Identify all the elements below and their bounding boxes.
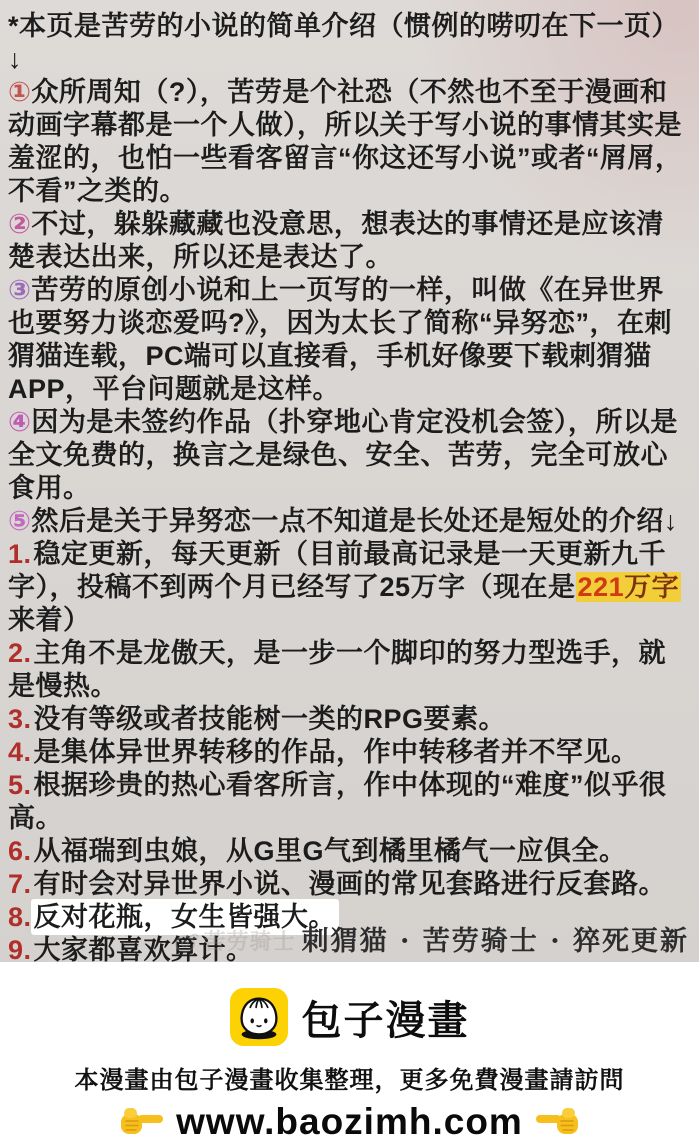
list-number: 1. [8,539,32,569]
list-item-6-text: 从福瑞到虫娘，从G里G气到橘里橘气一应俱全。 [34,836,627,866]
list-item-4: 4.是集体异世界转移的作品，作中转移者并不罕见。 [8,736,691,769]
paragraph-1-text: 众所周知（?），苦劳是个社恐（不然也不至于漫画和动画字幕都是一个人做），所以关于… [8,77,683,206]
paragraph-3-text: 苦劳的原创小说和上一页写的一样，叫做《在异世界也要努力谈恋爱吗?》，因为太长了简… [8,275,672,404]
list-item-1-text: 稳定更新，每天更新（目前最高记录是一天更新九千字），投稿不到两个月已经写了25万… [8,539,666,602]
list-item-2-text: 主角不是龙傲天，是一步一个脚印的努力型选手，就是慢热。 [8,638,666,701]
list-item-4-text: 是集体异世界转移的作品，作中转移者并不罕见。 [34,737,639,767]
list-item-1-tail: 来着） [8,605,91,635]
circled-number-5: ⑤ [8,506,31,536]
circled-number-4: ④ [8,407,31,437]
list-number: 8. [8,902,32,932]
list-number: 3. [8,704,32,734]
yellow-highlight: 221万字 [576,572,682,602]
list-number: 5. [8,770,32,800]
list-item-6: 6.从福瑞到虫娘，从G里G气到橘里橘气一应俱全。 [8,835,691,868]
footer-notice: 本漫畫由包子漫畫收集整理，更多免費漫畫請訪問 [75,1060,625,1095]
paragraph-1: ①众所周知（?），苦劳是个社恐（不然也不至于漫画和动画字幕都是一个人做），所以关… [8,76,691,208]
list-item-7: 7.有时会对异世界小说、漫画的常见套路进行反套路。 [8,868,691,901]
list-item-5: 5.根据珍贵的热心看客所言，作中体现的“难度”似乎很高。 [8,769,691,835]
paragraph-5: ⑤然后是关于异努恋一点不知道是长处还是短处的介绍↓ [8,505,691,538]
pointing-left-hand-icon [535,1107,579,1137]
weibo-eye-icon [174,930,200,954]
list-item-1: 1.稳定更新，每天更新（目前最高记录是一天更新九千字），投稿不到两个月已经写了2… [8,538,691,637]
circled-number-3: ③ [8,275,31,305]
list-item-7-text: 有时会对异世界小说、漫画的常见套路进行反套路。 [34,869,667,899]
paragraph-2-text: 不过，躲躲藏藏也没意思，想表达的事情还是应该清楚表达出来，所以还是表达了。 [8,209,664,272]
author-signature-row: 苦劳骑士 刺猬猫 · 苦劳骑士 · 猝死更新 [174,925,689,958]
manga-credits-page: *本页是苦劳的小说的简单介绍（惯例的唠叨在下一页）↓ ①众所周知（?），苦劳是个… [0,0,699,1145]
list-item-5-text: 根据珍贵的热心看客所言，作中体现的“难度”似乎很高。 [8,770,667,833]
site-url[interactable]: www.baozimh.com [176,1101,523,1143]
brand-row: 包子漫畫 [230,988,470,1046]
paragraph-3: ③苦劳的原创小说和上一页写的一样，叫做《在异世界也要努力谈恋爱吗?》，因为太长了… [8,274,691,406]
paragraph-2: ②不过，躲躲藏藏也没意思，想表达的事情还是应该清楚表达出来，所以还是表达了。 [8,208,691,274]
watermark-text: 苦劳骑士 [204,925,296,958]
circled-number-1: ① [8,77,31,107]
highlight-suffix: 万字 [624,572,679,602]
weibo-watermark: 苦劳骑士 [174,925,296,958]
baozi-bun-logo-icon [230,988,288,1046]
pointing-right-hand-icon [120,1107,164,1137]
paragraph-4: ④因为是未签约作品（扑穿地心肯定没机会签），所以是全文免费的，换言之是绿色、安全… [8,406,691,505]
site-url-row[interactable]: www.baozimh.com [120,1101,579,1143]
list-item-3: 3.没有等级或者技能树一类的RPG要素。 [8,703,691,736]
baozimh-footer: 包子漫畫 本漫畫由包子漫畫收集整理，更多免費漫畫請訪問 www.baozimh.… [0,962,699,1145]
highlight-number: 221 [578,572,625,602]
list-number: 7. [8,869,32,899]
brand-name: 包子漫畫 [302,989,470,1046]
intro-line: *本页是苦劳的小说的简单介绍（惯例的唠叨在下一页）↓ [8,10,691,76]
paragraph-5-text: 然后是关于异努恋一点不知道是长处还是短处的介绍↓ [31,506,678,536]
list-number: 2. [8,638,32,668]
list-number: 4. [8,737,32,767]
circled-number-2: ② [8,209,31,239]
list-item-2: 2.主角不是龙傲天，是一步一个脚印的努力型选手，就是慢热。 [8,637,691,703]
comic-scan-area: *本页是苦劳的小说的简单介绍（惯例的唠叨在下一页）↓ ①众所周知（?），苦劳是个… [0,0,699,962]
list-item-3-text: 没有等级或者技能树一类的RPG要素。 [34,704,507,734]
signature-text: 刺猬猫 · 苦劳骑士 · 猝死更新 [302,925,689,958]
list-number: 6. [8,836,32,866]
paragraph-4-text: 因为是未签约作品（扑穿地心肯定没机会签），所以是全文免费的，换言之是绿色、安全、… [8,407,678,503]
list-number: 9. [8,935,32,965]
